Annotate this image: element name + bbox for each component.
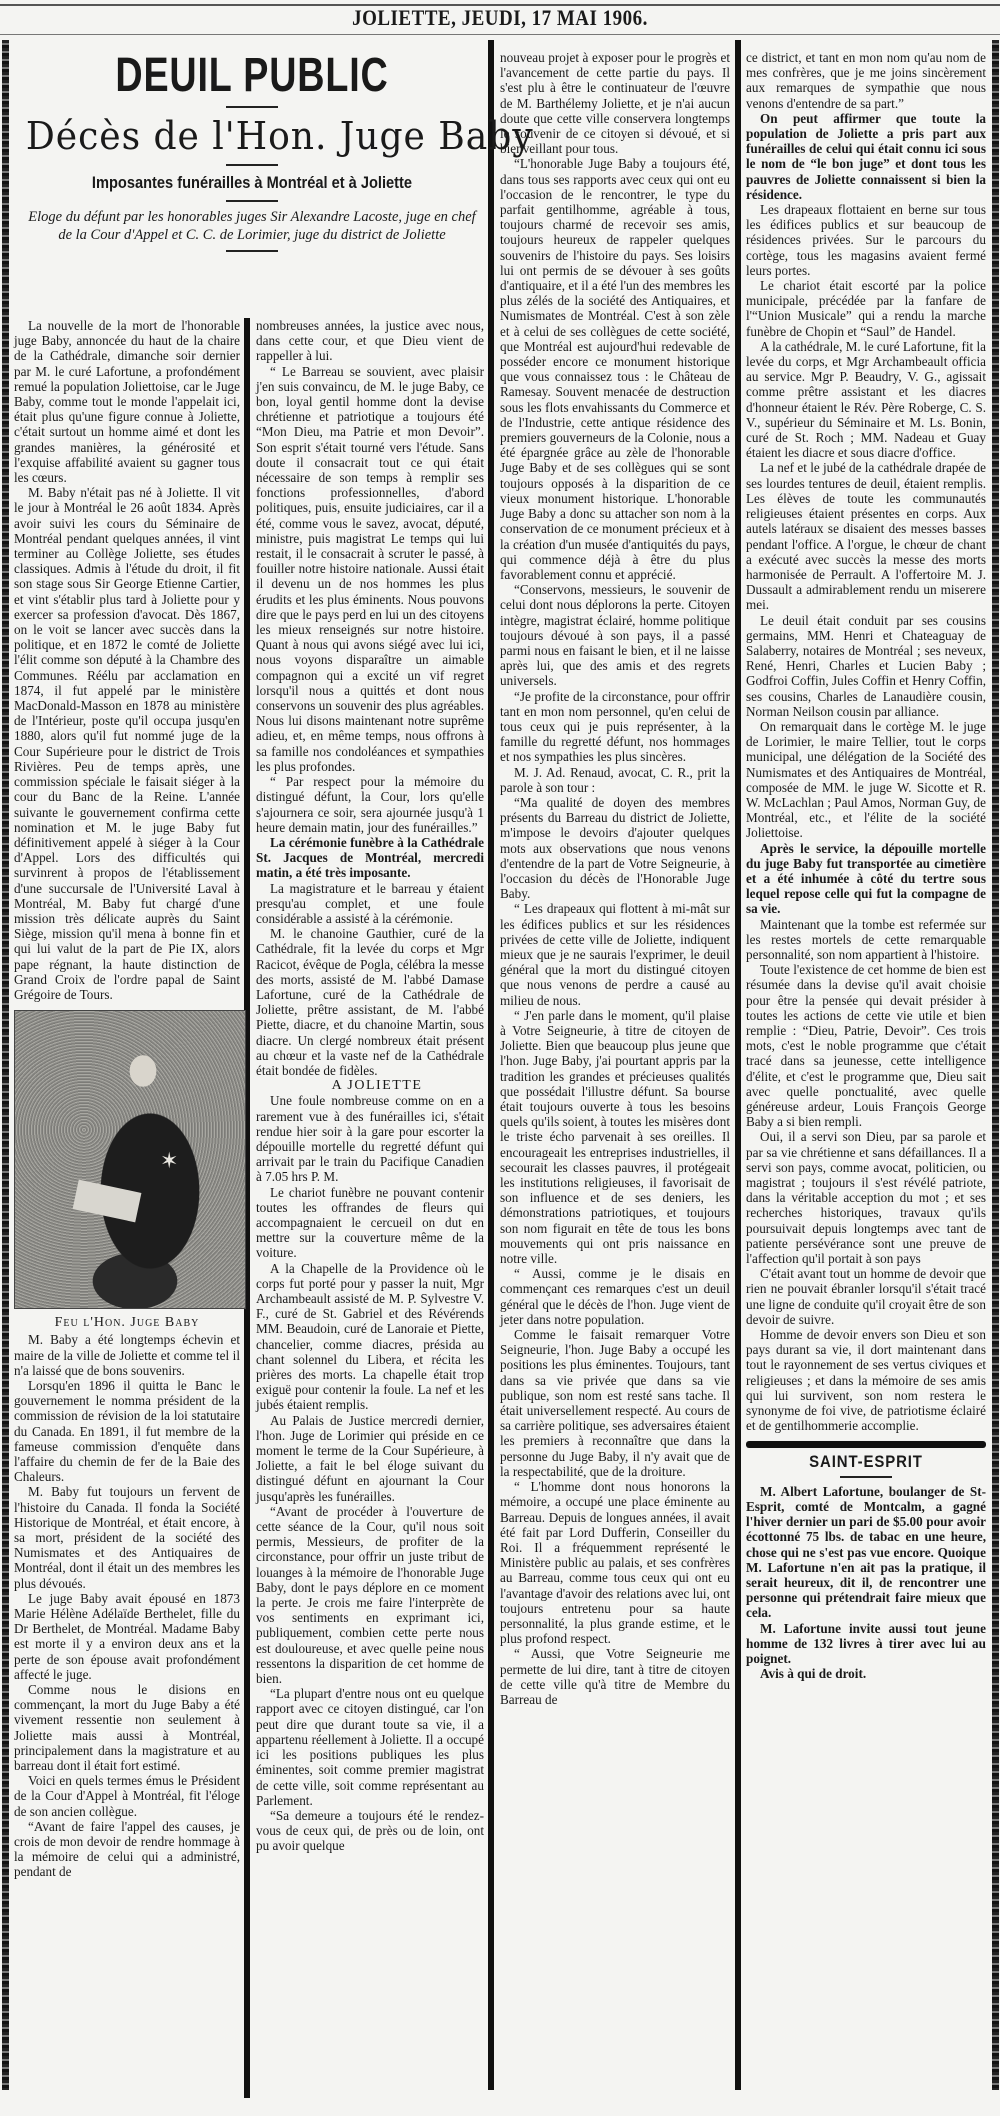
star-decoration-icon: ✶ (160, 1153, 178, 1168)
paragraph: M. le chanoine Gauthier, curé de la Cath… (256, 926, 484, 1078)
paragraph: Lorsqu'en 1896 il quitta le Banc le gouv… (14, 1378, 240, 1484)
article-header: DEUIL PUBLIC Décès de l'Hon. Juge Baby I… (14, 48, 490, 258)
paragraph: “ Les drapeaux qui flottent à mi-mât sur… (500, 901, 730, 1007)
paragraph: La nouvelle de la mort de l'honorable ju… (14, 318, 240, 485)
column-rule-2 (488, 40, 494, 2090)
header-divider (226, 164, 278, 166)
masthead-rule (0, 34, 1000, 35)
paragraph: “ Par respect pour la mémoire du disting… (256, 774, 484, 835)
paragraph: “Avant de procéder à l'ouverture de cett… (256, 1504, 484, 1686)
paragraph: M. Lafortune invite aussi tout jeune hom… (746, 1621, 986, 1667)
paragraph: “Ma qualité de doyen des membres présent… (500, 795, 730, 901)
paragraph: “La plupart d'entre nous ont eu quelque … (256, 1686, 484, 1808)
paragraph: Les drapeaux flottaient en berne sur tou… (746, 202, 986, 278)
paragraph: “L'honorable Juge Baby a toujours été, d… (500, 156, 730, 582)
paragraph: “ L'homme dont nous honorons la mémoire,… (500, 1479, 730, 1646)
photo-caption: Feu l'Hon. Juge Baby (14, 1315, 240, 1330)
right-border-rule (992, 40, 999, 2090)
header-divider (840, 1476, 892, 1478)
paragraph: Le juge Baby avait épousé en 1873 Marie … (14, 1591, 240, 1682)
paragraph: Voici en quels termes émus le Président … (14, 1773, 240, 1819)
header-divider (226, 200, 278, 202)
paragraph: ce district, et tant en mon nom qu'au no… (746, 50, 986, 111)
header-divider (226, 250, 278, 252)
paragraph: Au Palais de Justice mercredi dernier, l… (256, 1413, 484, 1504)
saint-esprit-title: SAINT-ESPRIT (760, 1454, 971, 1469)
paragraph: “ J'en parle dans le moment, qu'il plais… (500, 1008, 730, 1266)
paragraph: On remarquait dans le cortège M. le juge… (746, 719, 986, 841)
paragraph: A la Chapelle de la Providence où le cor… (256, 1261, 484, 1413)
paragraph: Homme de devoir envers son Dieu et son p… (746, 1327, 986, 1433)
paragraph: M. Baby n'était pas né à Joliette. Il vi… (14, 485, 240, 1002)
paragraph: La cérémonie funèbre à la Cathédrale St.… (256, 835, 484, 881)
paragraph: Le chariot funèbre ne pouvant contenir t… (256, 1185, 484, 1261)
paragraph: Comme le faisait remarquer Votre Seigneu… (500, 1327, 730, 1479)
paragraph: A la cathédrale, M. le curé Lafortune, f… (746, 339, 986, 461)
paragraph: On peut affirmer que toute la population… (746, 111, 986, 202)
section-separator-rule (746, 1441, 986, 1448)
column-3: nouveau projet à exposer pour le progrès… (500, 50, 730, 1707)
paragraph: M. J. Ad. Renaud, avocat, C. R., prit la… (500, 765, 730, 795)
column-rule-3 (735, 40, 741, 2090)
paragraph: Le deuil était conduit par ses cousins g… (746, 613, 986, 719)
paragraph: La nef et le jubé de la cathédrale drapé… (746, 460, 986, 612)
main-headline: Décès de l'Hon. Juge Baby (26, 114, 478, 158)
section-heading-joliette: A JOLIETTE (256, 1078, 484, 1093)
paragraph: “Je profite de la circonstance, pour off… (500, 689, 730, 765)
paragraph: Oui, il a servi son Dieu, par sa parole … (746, 1129, 986, 1266)
paragraph: “Avant de faire l'appel des causes, je c… (14, 1819, 240, 1880)
paragraph: M. Baby a été longtemps échevin et maire… (14, 1332, 240, 1378)
document-in-hand (73, 1180, 142, 1223)
subheadline: Imposantes funérailles à Montréal et à J… (47, 172, 456, 194)
paragraph: “Conservons, messieurs, le souvenir de c… (500, 582, 730, 688)
kicker-headline: DEUIL PUBLIC (57, 47, 447, 102)
article-dek: Eloge du défunt par les honorables juges… (14, 208, 490, 244)
paragraph: nombreuses années, la justice avec nous,… (256, 318, 484, 364)
paragraph: Une foule nombreuse comme on en a rareme… (256, 1093, 484, 1184)
portrait-photo: ✶ (14, 1010, 246, 1309)
paragraph: Le chariot était escorté par la police m… (746, 278, 986, 339)
paragraph: Après le service, la dépouille mortelle … (746, 841, 986, 917)
page-masthead: JOLIETTE, JEUDI, 17 MAI 1906. (0, 6, 1000, 31)
paragraph: nouveau projet à exposer pour le progrès… (500, 50, 730, 156)
paragraph: La magistrature et le barreau y étaient … (256, 881, 484, 927)
paragraph: Maintenant que la tombe est refermée sur… (746, 917, 986, 963)
paragraph: M. Baby fut toujours un fervent de l'his… (14, 1484, 240, 1590)
column-1: La nouvelle de la mort de l'honorable ju… (14, 318, 240, 1880)
paragraph: Comme nous le disions en commençant, la … (14, 1682, 240, 1773)
paragraph: C'était avant tout un homme de devoir qu… (746, 1266, 986, 1327)
paragraph: “ Le Barreau se souvient, avec plaisir j… (256, 364, 484, 774)
paragraph: Avis à qui de droit. (746, 1666, 986, 1681)
paragraph: “Sa demeure a toujours été le rendez-vou… (256, 1808, 484, 1854)
paragraph: M. Albert Lafortune, boulanger de St-Esp… (746, 1484, 986, 1621)
paragraph: “ Aussi, que Votre Seigneurie me permett… (500, 1646, 730, 1707)
left-border-rule (2, 40, 9, 2090)
header-divider (226, 106, 278, 108)
paragraph: Toute l'existence de cet homme de bien e… (746, 962, 986, 1129)
column-4: ce district, et tant en mon nom qu'au no… (746, 50, 986, 1681)
paragraph: “ Aussi, comme je le disais en commençan… (500, 1266, 730, 1327)
column-2: nombreuses années, la justice avec nous,… (256, 318, 484, 1854)
